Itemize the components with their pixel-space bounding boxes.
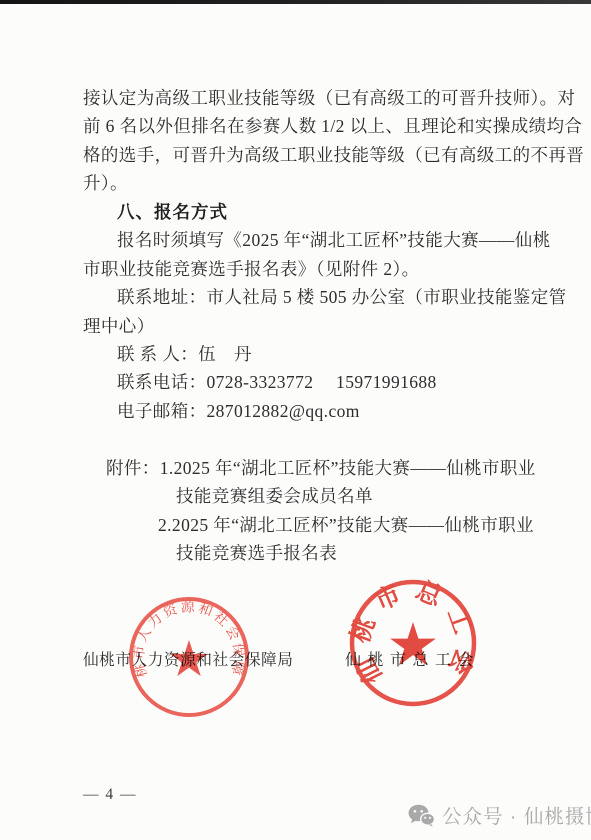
page-number: — 4 —	[83, 786, 137, 804]
official-seal-right: 仙桃市总工会	[338, 568, 488, 718]
star-icon	[170, 640, 208, 676]
watermark-text: 公众号 · 仙桃摄协	[442, 801, 591, 829]
attachment-item1-line1: 附件：1.2025 年“湖北工匠杯”技能大赛——仙桃市职业	[83, 454, 515, 482]
attachments-label: 附件：	[106, 458, 160, 478]
document-page: 接认定为高级工职业技能等级（已有高级工的可晋升技师）。对 前 6 名以外但排名在…	[0, 0, 591, 840]
watermark-badge: 公众号 · 仙桃摄协	[408, 801, 591, 829]
wechat-icon	[408, 804, 435, 827]
attachment-item2-line1: 2.2025 年“湖北工匠杯”技能大赛——仙桃市职业	[83, 511, 515, 539]
contact-email: 电子邮箱：287012882@qq.com	[83, 397, 515, 425]
official-seal-left: 仙桃市人力资源和社会保障局	[116, 584, 262, 730]
contact-phone: 联系电话：0728-3323772 15971991688	[83, 368, 515, 396]
attachment-item2-line2: 技能竞赛选手报名表	[83, 539, 515, 567]
address-line1: 联系地址：市人社局 5 楼 505 办公室（市职业技能鉴定管	[83, 283, 515, 311]
section-heading: 八、报名方式	[83, 198, 515, 226]
para1-line3: 格的选手，可晋升为高级工职业技能等级（已有高级工的不再晋	[83, 141, 515, 169]
contact-person: 联 系 人：伍 丹	[83, 340, 515, 368]
attachment-item1-line2: 技能竞赛组委会成员名单	[83, 482, 515, 510]
para2-line1: 报名时须填写《2025 年“湖北工匠杯”技能大赛——仙桃	[83, 226, 515, 254]
para1-line1: 接认定为高级工职业技能等级（已有高级工的可晋升技师）。对	[83, 84, 515, 112]
address-line2: 理中心）	[83, 312, 515, 340]
attachment-item1-text: 1.2025 年“湖北工匠杯”技能大赛——仙桃市职业	[160, 458, 536, 478]
para2-line2: 市职业技能竞赛选手报名表》（见附件 2）。	[83, 255, 515, 283]
blank-line	[83, 425, 515, 453]
para1-line4: 升）。	[83, 169, 515, 197]
star-icon	[390, 622, 436, 665]
scan-artifact-top-bar	[0, 0, 591, 4]
para1-line2: 前 6 名以外但排名在参赛人数 1/2 以上、且理论和实操成绩均合	[83, 112, 515, 140]
document-body: 接认定为高级工职业技能等级（已有高级工的可晋升技师）。对 前 6 名以外但排名在…	[83, 84, 515, 567]
